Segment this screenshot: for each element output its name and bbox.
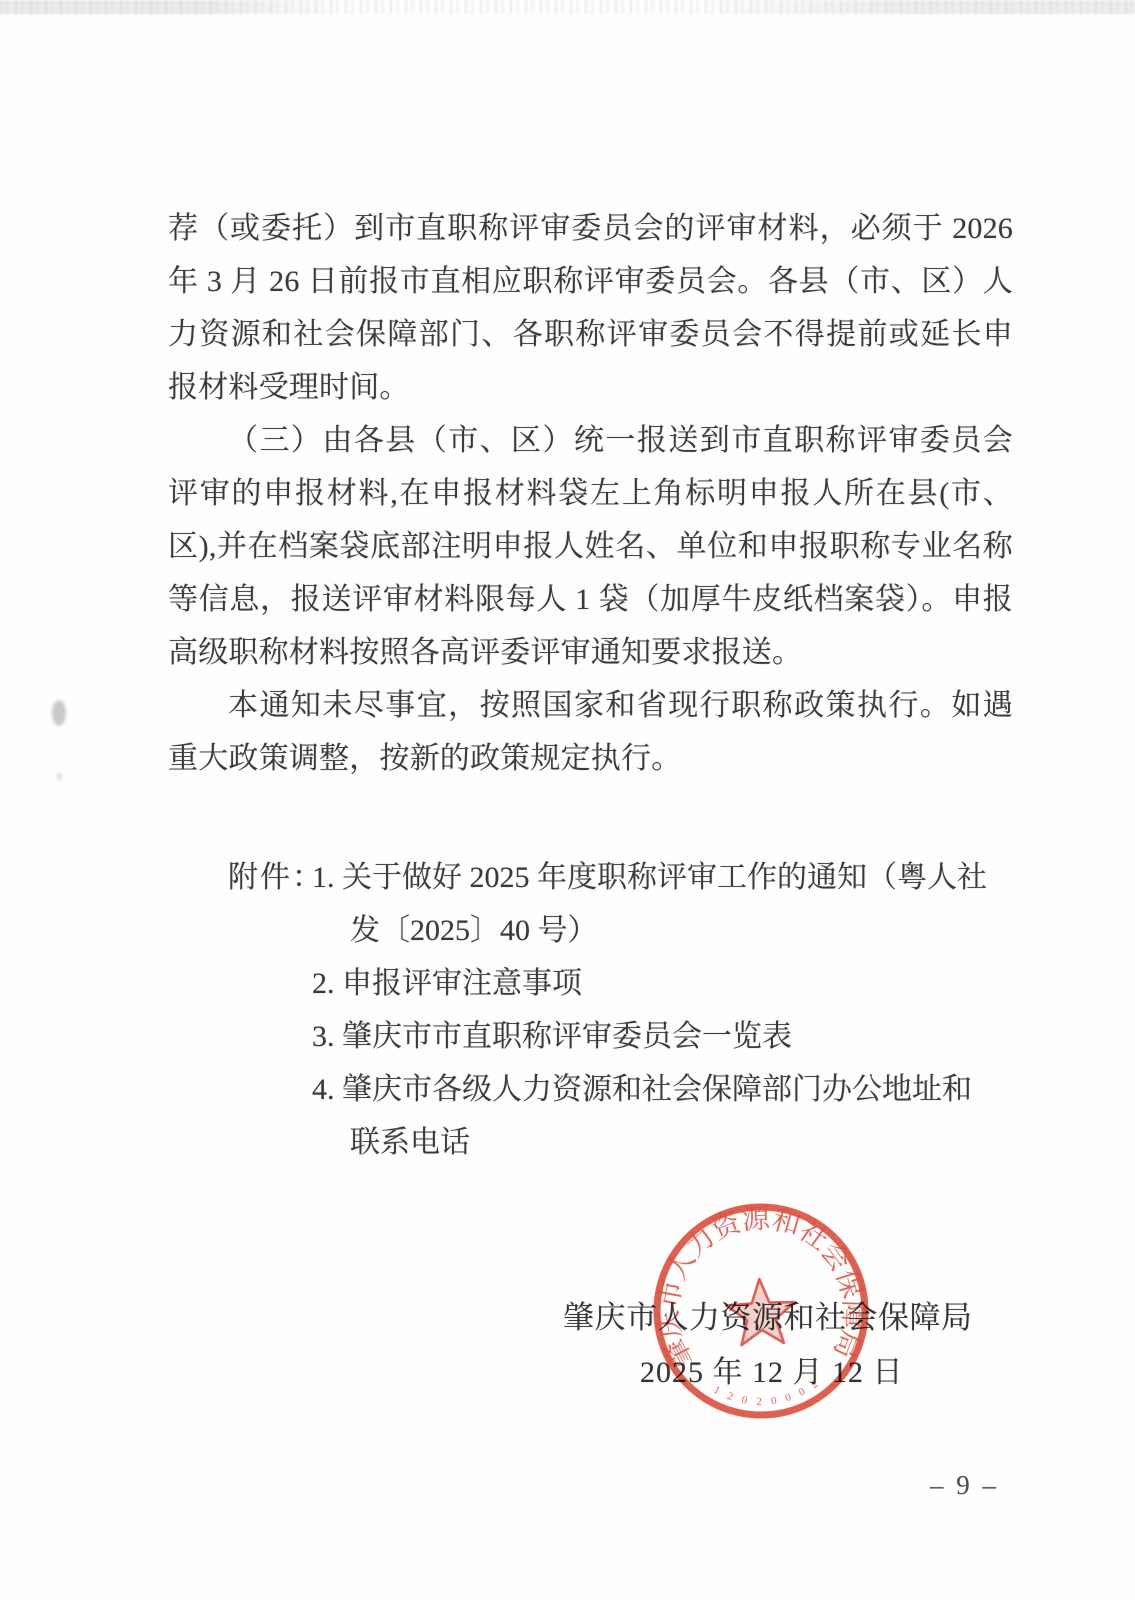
paragraph-closing: 本通知未尽事宜，按照国家和省现行职称政策执行。如遇重大政策调整，按新的政策规定执… xyxy=(168,679,1013,785)
scan-noise-band xyxy=(0,0,1135,14)
official-seal: 肇庆市人力资源和社会保障局 12020002552 xyxy=(637,1187,885,1435)
scan-smudge xyxy=(57,772,62,781)
attachment-item-1: 1. 关于做好 2025 年度职称评审工作的通知（粤人社发〔2025〕40 号） xyxy=(312,851,997,957)
seal-star-icon xyxy=(725,1277,797,1346)
attachments-list: 1. 关于做好 2025 年度职称评审工作的通知（粤人社发〔2025〕40 号）… xyxy=(312,851,997,1169)
document-page: 荐（或委托）到市直职称评审委员会的评审材料，必须于 2026 年 3 月 26 … xyxy=(0,0,1135,1600)
attachment-item-3: 3. 肇庆市市直职称评审委员会一览表 xyxy=(312,1010,997,1063)
body-text: 荐（或委托）到市直职称评审委员会的评审材料，必须于 2026 年 3 月 26 … xyxy=(168,202,1013,785)
attachments-label: 附件： xyxy=(228,851,324,904)
scan-smudge xyxy=(52,700,66,726)
attachment-item-2: 2. 申报评审注意事项 xyxy=(312,957,997,1010)
page-number: – 9 – xyxy=(930,1470,999,1501)
paragraph-continued: 荐（或委托）到市直职称评审委员会的评审材料，必须于 2026 年 3 月 26 … xyxy=(168,202,1013,414)
attachment-item-4: 4. 肇庆市各级人力资源和社会保障部门办公地址和联系电话 xyxy=(312,1063,997,1169)
paragraph-item-three: （三）由各县（市、区）统一报送到市直职称评审委员会评审的申报材料,在申报材料袋左… xyxy=(168,414,1013,679)
